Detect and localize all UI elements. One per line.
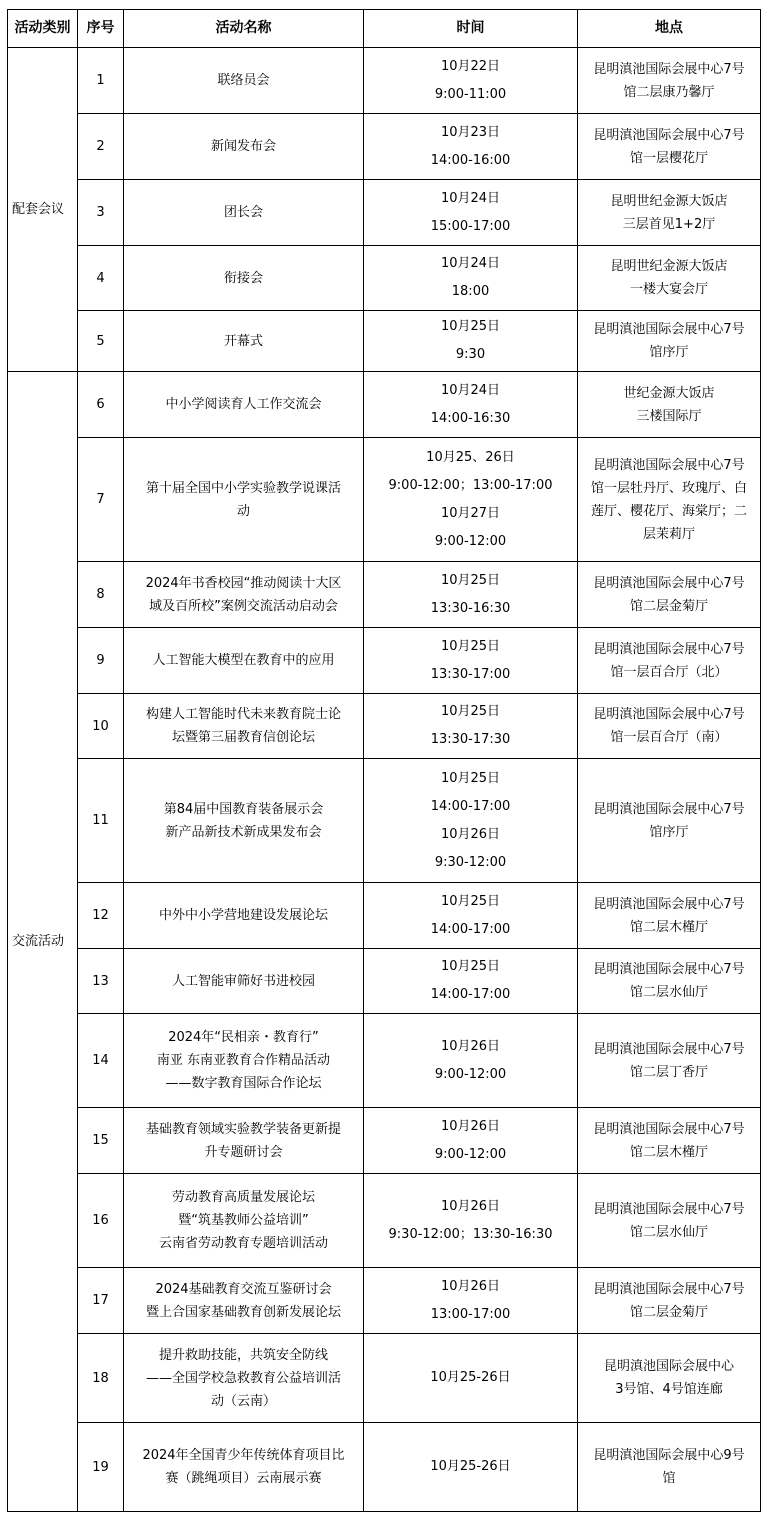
location-cell-line: 馆二层康乃馨厅 bbox=[580, 81, 758, 104]
time-cell: 10月24日14:00-16:30 bbox=[364, 372, 578, 438]
time-cell: 10月25日13:30-17:30 bbox=[364, 694, 578, 759]
activity-name-cell-line: 新闻发布会 bbox=[126, 135, 361, 158]
table-row: 10构建人工智能时代未来教育院士论坛暨第三届教育信创论坛10月25日13:30-… bbox=[8, 694, 761, 759]
time-cell-line: 10月26日 bbox=[366, 1193, 575, 1221]
time-cell: 10月25日14:00-17:00 bbox=[364, 949, 578, 1014]
activity-name-cell: 2024年全国青少年传统体育项目比赛（跳绳项目）云南展示赛 bbox=[124, 1423, 364, 1512]
time-cell-line: 10月25日 bbox=[366, 953, 575, 981]
activity-name-cell: 团长会 bbox=[124, 180, 364, 246]
location-cell-line: 馆 bbox=[580, 1467, 758, 1490]
time-cell: 10月24日18:00 bbox=[364, 246, 578, 311]
time-cell-line: 9:00-12:00 bbox=[366, 528, 575, 556]
activity-name-cell: 2024年书香校园“推动阅读十大区域及百所校”案例交流活动启动会 bbox=[124, 562, 364, 628]
location-cell-line: 昆明滇池国际会展中心7号 bbox=[580, 958, 758, 981]
location-cell-line: 馆序厅 bbox=[580, 341, 758, 364]
time-cell-line: 10月23日 bbox=[366, 119, 575, 147]
location-cell: 昆明滇池国际会展中心7号馆二层木槿厅 bbox=[578, 1108, 761, 1174]
location-cell-line: 一楼大宴会厅 bbox=[580, 278, 758, 301]
table-row: 172024基础教育交流互鉴研讨会暨上合国家基础教育创新发展论坛10月26日13… bbox=[8, 1268, 761, 1334]
header-name: 活动名称 bbox=[124, 10, 364, 48]
location-cell-line: 昆明滇池国际会展中心9号 bbox=[580, 1444, 758, 1467]
location-cell-line: 三层首见1+2厅 bbox=[580, 213, 758, 236]
time-cell-line: 10月25日 bbox=[366, 633, 575, 661]
location-cell-line: 昆明滇池国际会展中心7号 bbox=[580, 454, 758, 477]
location-cell: 昆明滇池国际会展中心7号馆二层丁香厅 bbox=[578, 1014, 761, 1108]
time-cell-line: 10月26日 bbox=[366, 1273, 575, 1301]
time-cell-line: 10月25-26日 bbox=[366, 1364, 575, 1392]
activity-name-cell: 中外中小学营地建设发展论坛 bbox=[124, 883, 364, 949]
location-cell: 昆明滇池国际会展中心9号馆 bbox=[578, 1423, 761, 1512]
time-cell-line: 10月24日 bbox=[366, 250, 575, 278]
location-cell-line: 馆二层金菊厅 bbox=[580, 1301, 758, 1324]
table-row: 15基础教育领域实验教学装备更新提升专题研讨会10月26日9:00-12:00昆… bbox=[8, 1108, 761, 1174]
activity-schedule-table: 活动类别 序号 活动名称 时间 地点 配套会议1联络员会10月22日9:00-1… bbox=[7, 9, 761, 1512]
location-cell-line: 层茉莉厅 bbox=[580, 523, 758, 546]
time-cell: 10月25日13:30-17:00 bbox=[364, 628, 578, 694]
header-category: 活动类别 bbox=[8, 10, 78, 48]
time-cell-line: 10月25日 bbox=[366, 888, 575, 916]
activity-name-cell: 构建人工智能时代未来教育院士论坛暨第三届教育信创论坛 bbox=[124, 694, 364, 759]
location-cell-line: 馆一层樱花厅 bbox=[580, 147, 758, 170]
activity-name-cell-line: 劳动教育高质量发展论坛 bbox=[126, 1186, 361, 1209]
time-cell: 10月23日14:00-16:00 bbox=[364, 114, 578, 180]
seq-cell: 17 bbox=[78, 1268, 124, 1334]
activity-name-cell: 基础教育领域实验教学装备更新提升专题研讨会 bbox=[124, 1108, 364, 1174]
table-row: 5开幕式10月25日9:30昆明滇池国际会展中心7号馆序厅 bbox=[8, 311, 761, 372]
time-cell-line: 18:00 bbox=[366, 278, 575, 306]
location-cell-line: 昆明滇池国际会展中心7号 bbox=[580, 572, 758, 595]
time-cell: 10月25、26日9:00-12:00；13:00-17:0010月27日9:0… bbox=[364, 438, 578, 562]
activity-name-cell-line: 云南省劳动教育专题培训活动 bbox=[126, 1232, 361, 1255]
time-cell-line: 9:00-12:00 bbox=[366, 1061, 575, 1089]
location-cell-line: 馆一层百合厅（南） bbox=[580, 726, 758, 749]
activity-name-cell: 联络员会 bbox=[124, 48, 364, 114]
seq-cell: 9 bbox=[78, 628, 124, 694]
activity-name-cell: 人工智能审筛好书进校园 bbox=[124, 949, 364, 1014]
time-cell: 10月26日9:00-12:00 bbox=[364, 1014, 578, 1108]
time-cell-line: 10月25-26日 bbox=[366, 1453, 575, 1481]
seq-cell: 19 bbox=[78, 1423, 124, 1512]
table-row: 12中外中小学营地建设发展论坛10月25日14:00-17:00昆明滇池国际会展… bbox=[8, 883, 761, 949]
time-cell-line: 10月26日 bbox=[366, 1033, 575, 1061]
location-cell: 昆明世纪金源大饭店一楼大宴会厅 bbox=[578, 246, 761, 311]
activity-name-cell: 提升救助技能，共筑安全防线——全国学校急救教育公益培训活动（云南） bbox=[124, 1334, 364, 1423]
activity-name-cell-line: 中小学阅读育人工作交流会 bbox=[126, 393, 361, 416]
time-cell-line: 9:30-12:00 bbox=[366, 849, 575, 877]
time-cell-line: 10月25、26日 bbox=[366, 444, 575, 472]
activity-name-cell: 2024年“民相亲・教育行”南亚 东南亚教育合作精品活动——数字教育国际合作论坛 bbox=[124, 1014, 364, 1108]
time-cell: 10月26日9:00-12:00 bbox=[364, 1108, 578, 1174]
seq-cell: 12 bbox=[78, 883, 124, 949]
table-row: 11第84届中国教育装备展示会新产品新技术新成果发布会10月25日14:00-1… bbox=[8, 759, 761, 883]
activity-name-cell-line: ——数字教育国际合作论坛 bbox=[126, 1072, 361, 1095]
seq-cell: 1 bbox=[78, 48, 124, 114]
location-cell-line: 昆明滇池国际会展中心7号 bbox=[580, 58, 758, 81]
location-cell: 昆明滇池国际会展中心7号馆二层康乃馨厅 bbox=[578, 48, 761, 114]
seq-cell: 15 bbox=[78, 1108, 124, 1174]
activity-name-cell-line: 团长会 bbox=[126, 201, 361, 224]
time-cell-line: 14:00-17:00 bbox=[366, 793, 575, 821]
time-cell-line: 13:00-17:00 bbox=[366, 1301, 575, 1329]
activity-name-cell-line: 基础教育领域实验教学装备更新提 bbox=[126, 1118, 361, 1141]
time-cell: 10月25-26日 bbox=[364, 1334, 578, 1423]
location-cell-line: 馆二层木槿厅 bbox=[580, 1141, 758, 1164]
time-cell-line: 14:00-17:00 bbox=[366, 981, 575, 1009]
activity-name-cell-line: 暨上合国家基础教育创新发展论坛 bbox=[126, 1301, 361, 1324]
table-row: 18提升救助技能，共筑安全防线——全国学校急救教育公益培训活动（云南）10月25… bbox=[8, 1334, 761, 1423]
location-cell-line: 馆二层木槿厅 bbox=[580, 916, 758, 939]
time-cell: 10月22日9:00-11:00 bbox=[364, 48, 578, 114]
location-cell: 昆明滇池国际会展中心7号馆一层牡丹厅、玫瑰厅、白莲厅、樱花厅、海棠厅；二层茉莉厅 bbox=[578, 438, 761, 562]
location-cell: 世纪金源大饭店三楼国际厅 bbox=[578, 372, 761, 438]
table-row: 4衔接会10月24日18:00昆明世纪金源大饭店一楼大宴会厅 bbox=[8, 246, 761, 311]
location-cell-line: 馆一层牡丹厅、玫瑰厅、白 bbox=[580, 477, 758, 500]
table-row: 16劳动教育高质量发展论坛暨“筑基教师公益培训”云南省劳动教育专题培训活动10月… bbox=[8, 1174, 761, 1268]
activity-name-cell-line: 动 bbox=[126, 500, 361, 523]
time-cell-line: 10月27日 bbox=[366, 500, 575, 528]
seq-cell: 8 bbox=[78, 562, 124, 628]
seq-cell: 14 bbox=[78, 1014, 124, 1108]
category-cell: 交流活动 bbox=[8, 372, 78, 1512]
location-cell: 昆明滇池国际会展中心7号馆二层水仙厅 bbox=[578, 949, 761, 1014]
location-cell-line: 3号馆、4号馆连廊 bbox=[580, 1378, 758, 1401]
activity-name-cell: 中小学阅读育人工作交流会 bbox=[124, 372, 364, 438]
time-cell: 10月26日9:30-12:00；13:30-16:30 bbox=[364, 1174, 578, 1268]
seq-cell: 18 bbox=[78, 1334, 124, 1423]
header-seq: 序号 bbox=[78, 10, 124, 48]
table-row: 142024年“民相亲・教育行”南亚 东南亚教育合作精品活动——数字教育国际合作… bbox=[8, 1014, 761, 1108]
location-cell-line: 馆二层金菊厅 bbox=[580, 595, 758, 618]
location-cell-line: 昆明滇池国际会展中心 bbox=[580, 1355, 758, 1378]
location-cell-line: 馆二层水仙厅 bbox=[580, 981, 758, 1004]
location-cell-line: 昆明滇池国际会展中心7号 bbox=[580, 893, 758, 916]
time-cell: 10月25日13:30-16:30 bbox=[364, 562, 578, 628]
time-cell: 10月25日14:00-17:00 bbox=[364, 883, 578, 949]
time-cell-line: 10月24日 bbox=[366, 377, 575, 405]
location-cell-line: 昆明滇池国际会展中心7号 bbox=[580, 703, 758, 726]
activity-name-cell-line: 开幕式 bbox=[126, 330, 361, 353]
location-cell-line: 世纪金源大饭店 bbox=[580, 382, 758, 405]
time-cell-line: 10月26日 bbox=[366, 821, 575, 849]
location-cell: 昆明滇池国际会展中心7号馆序厅 bbox=[578, 759, 761, 883]
time-cell-line: 14:00-16:00 bbox=[366, 147, 575, 175]
activity-name-cell: 第十届全国中小学实验教学说课活动 bbox=[124, 438, 364, 562]
location-cell-line: 馆二层丁香厅 bbox=[580, 1061, 758, 1084]
table-row: 9人工智能大模型在教育中的应用10月25日13:30-17:00昆明滇池国际会展… bbox=[8, 628, 761, 694]
table-row: 82024年书香校园“推动阅读十大区域及百所校”案例交流活动启动会10月25日1… bbox=[8, 562, 761, 628]
activity-name-cell: 2024基础教育交流互鉴研讨会暨上合国家基础教育创新发展论坛 bbox=[124, 1268, 364, 1334]
location-cell-line: 昆明世纪金源大饭店 bbox=[580, 255, 758, 278]
time-cell-line: 9:30-12:00；13:30-16:30 bbox=[366, 1221, 575, 1249]
time-cell-line: 10月25日 bbox=[366, 698, 575, 726]
location-cell-line: 昆明滇池国际会展中心7号 bbox=[580, 1118, 758, 1141]
time-cell-line: 15:00-17:00 bbox=[366, 213, 575, 241]
header-time: 时间 bbox=[364, 10, 578, 48]
location-cell: 昆明滇池国际会展中心7号馆二层金菊厅 bbox=[578, 562, 761, 628]
location-cell-line: 馆序厅 bbox=[580, 821, 758, 844]
location-cell: 昆明滇池国际会展中心7号馆一层百合厅（南） bbox=[578, 694, 761, 759]
time-cell: 10月24日15:00-17:00 bbox=[364, 180, 578, 246]
seq-cell: 4 bbox=[78, 246, 124, 311]
time-cell-line: 9:30 bbox=[366, 341, 575, 369]
table-row: 13人工智能审筛好书进校园10月25日14:00-17:00昆明滇池国际会展中心… bbox=[8, 949, 761, 1014]
location-cell: 昆明滇池国际会展中心7号馆二层金菊厅 bbox=[578, 1268, 761, 1334]
seq-cell: 16 bbox=[78, 1174, 124, 1268]
activity-name-cell-line: 南亚 东南亚教育合作精品活动 bbox=[126, 1049, 361, 1072]
activity-name-cell-line: 2024年“民相亲・教育行” bbox=[126, 1026, 361, 1049]
activity-name-cell-line: 暨“筑基教师公益培训” bbox=[126, 1209, 361, 1232]
location-cell-line: 昆明世纪金源大饭店 bbox=[580, 190, 758, 213]
location-cell: 昆明世纪金源大饭店三层首见1+2厅 bbox=[578, 180, 761, 246]
time-cell-line: 10月26日 bbox=[366, 1113, 575, 1141]
location-cell-line: 昆明滇池国际会展中心7号 bbox=[580, 1198, 758, 1221]
activity-name-cell-line: 构建人工智能时代未来教育院士论 bbox=[126, 703, 361, 726]
activity-name-cell-line: 中外中小学营地建设发展论坛 bbox=[126, 904, 361, 927]
seq-cell: 6 bbox=[78, 372, 124, 438]
activity-name-cell-line: 动（云南） bbox=[126, 1390, 361, 1413]
location-cell-line: 馆二层水仙厅 bbox=[580, 1221, 758, 1244]
table-row: 192024年全国青少年传统体育项目比赛（跳绳项目）云南展示赛10月25-26日… bbox=[8, 1423, 761, 1512]
activity-name-cell-line: 升专题研讨会 bbox=[126, 1141, 361, 1164]
location-cell-line: 昆明滇池国际会展中心7号 bbox=[580, 1278, 758, 1301]
activity-name-cell-line: 新产品新技术新成果发布会 bbox=[126, 821, 361, 844]
time-cell-line: 10月25日 bbox=[366, 567, 575, 595]
table-header-row: 活动类别 序号 活动名称 时间 地点 bbox=[8, 10, 761, 48]
time-cell-line: 9:00-11:00 bbox=[366, 81, 575, 109]
location-cell-line: 馆一层百合厅（北） bbox=[580, 661, 758, 684]
location-cell-line: 莲厅、樱花厅、海棠厅；二 bbox=[580, 500, 758, 523]
table-body: 配套会议1联络员会10月22日9:00-11:00昆明滇池国际会展中心7号馆二层… bbox=[8, 48, 761, 1512]
time-cell: 10月25-26日 bbox=[364, 1423, 578, 1512]
table-row: 3团长会10月24日15:00-17:00昆明世纪金源大饭店三层首见1+2厅 bbox=[8, 180, 761, 246]
time-cell-line: 13:30-16:30 bbox=[366, 595, 575, 623]
activity-name-cell-line: 赛（跳绳项目）云南展示赛 bbox=[126, 1467, 361, 1490]
location-cell-line: 昆明滇池国际会展中心7号 bbox=[580, 318, 758, 341]
activity-name-cell-line: 坛暨第三届教育信创论坛 bbox=[126, 726, 361, 749]
activity-name-cell-line: ——全国学校急救教育公益培训活 bbox=[126, 1367, 361, 1390]
location-cell-line: 昆明滇池国际会展中心7号 bbox=[580, 638, 758, 661]
activity-name-cell: 开幕式 bbox=[124, 311, 364, 372]
location-cell: 昆明滇池国际会展中心7号馆二层水仙厅 bbox=[578, 1174, 761, 1268]
table-row: 7第十届全国中小学实验教学说课活动10月25、26日9:00-12:00；13:… bbox=[8, 438, 761, 562]
time-cell: 10月26日13:00-17:00 bbox=[364, 1268, 578, 1334]
activity-name-cell-line: 衔接会 bbox=[126, 267, 361, 290]
time-cell-line: 10月25日 bbox=[366, 313, 575, 341]
location-cell-line: 三楼国际厅 bbox=[580, 405, 758, 428]
time-cell-line: 9:00-12:00；13:00-17:00 bbox=[366, 472, 575, 500]
time-cell-line: 13:30-17:30 bbox=[366, 726, 575, 754]
activity-name-cell-line: 联络员会 bbox=[126, 69, 361, 92]
time-cell-line: 10月25日 bbox=[366, 765, 575, 793]
activity-name-cell: 劳动教育高质量发展论坛暨“筑基教师公益培训”云南省劳动教育专题培训活动 bbox=[124, 1174, 364, 1268]
activity-name-cell-line: 第84届中国教育装备展示会 bbox=[126, 798, 361, 821]
activity-name-cell-line: 人工智能大模型在教育中的应用 bbox=[126, 649, 361, 672]
time-cell-line: 10月22日 bbox=[366, 53, 575, 81]
activity-name-cell-line: 2024基础教育交流互鉴研讨会 bbox=[126, 1278, 361, 1301]
seq-cell: 11 bbox=[78, 759, 124, 883]
location-cell: 昆明滇池国际会展中心7号馆一层百合厅（北） bbox=[578, 628, 761, 694]
header-location: 地点 bbox=[578, 10, 761, 48]
location-cell: 昆明滇池国际会展中心7号馆一层樱花厅 bbox=[578, 114, 761, 180]
time-cell: 10月25日9:30 bbox=[364, 311, 578, 372]
location-cell: 昆明滇池国际会展中心3号馆、4号馆连廊 bbox=[578, 1334, 761, 1423]
category-cell: 配套会议 bbox=[8, 48, 78, 372]
activity-name-cell-line: 提升救助技能，共筑安全防线 bbox=[126, 1344, 361, 1367]
time-cell-line: 14:00-16:30 bbox=[366, 405, 575, 433]
location-cell: 昆明滇池国际会展中心7号馆二层木槿厅 bbox=[578, 883, 761, 949]
time-cell: 10月25日14:00-17:0010月26日9:30-12:00 bbox=[364, 759, 578, 883]
activity-name-cell-line: 第十届全国中小学实验教学说课活 bbox=[126, 477, 361, 500]
seq-cell: 5 bbox=[78, 311, 124, 372]
time-cell-line: 13:30-17:00 bbox=[366, 661, 575, 689]
activity-name-cell-line: 域及百所校”案例交流活动启动会 bbox=[126, 595, 361, 618]
activity-name-cell: 第84届中国教育装备展示会新产品新技术新成果发布会 bbox=[124, 759, 364, 883]
table-row: 交流活动6中小学阅读育人工作交流会10月24日14:00-16:30世纪金源大饭… bbox=[8, 372, 761, 438]
location-cell: 昆明滇池国际会展中心7号馆序厅 bbox=[578, 311, 761, 372]
activity-name-cell-line: 人工智能审筛好书进校园 bbox=[126, 970, 361, 993]
time-cell-line: 14:00-17:00 bbox=[366, 916, 575, 944]
table-row: 2新闻发布会10月23日14:00-16:00昆明滇池国际会展中心7号馆一层樱花… bbox=[8, 114, 761, 180]
activity-name-cell: 新闻发布会 bbox=[124, 114, 364, 180]
activity-name-cell: 人工智能大模型在教育中的应用 bbox=[124, 628, 364, 694]
activity-name-cell: 衔接会 bbox=[124, 246, 364, 311]
table-row: 配套会议1联络员会10月22日9:00-11:00昆明滇池国际会展中心7号馆二层… bbox=[8, 48, 761, 114]
seq-cell: 3 bbox=[78, 180, 124, 246]
seq-cell: 2 bbox=[78, 114, 124, 180]
seq-cell: 13 bbox=[78, 949, 124, 1014]
time-cell-line: 10月24日 bbox=[366, 185, 575, 213]
activity-name-cell-line: 2024年全国青少年传统体育项目比 bbox=[126, 1444, 361, 1467]
location-cell-line: 昆明滇池国际会展中心7号 bbox=[580, 1038, 758, 1061]
activity-name-cell-line: 2024年书香校园“推动阅读十大区 bbox=[126, 572, 361, 595]
location-cell-line: 昆明滇池国际会展中心7号 bbox=[580, 798, 758, 821]
seq-cell: 10 bbox=[78, 694, 124, 759]
time-cell-line: 9:00-12:00 bbox=[366, 1141, 575, 1169]
seq-cell: 7 bbox=[78, 438, 124, 562]
location-cell-line: 昆明滇池国际会展中心7号 bbox=[580, 124, 758, 147]
